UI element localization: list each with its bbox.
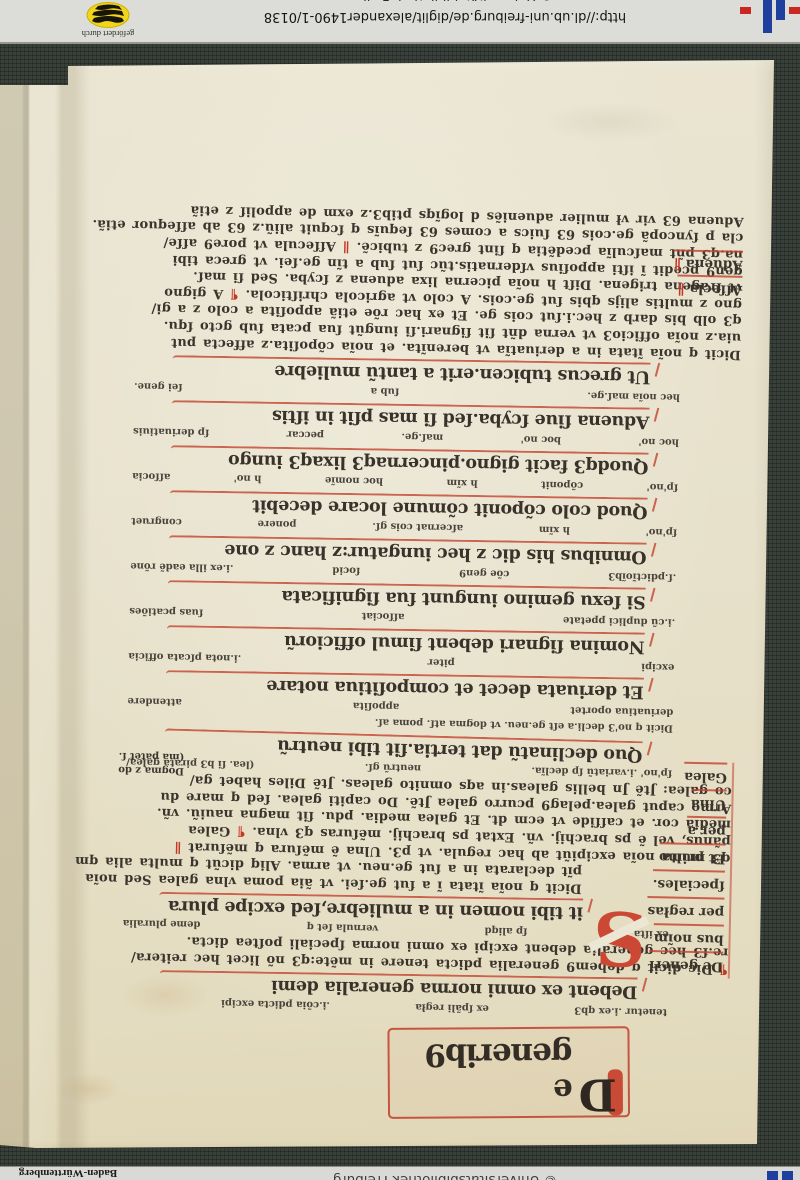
gloss-segment: ſuas pcatiões xyxy=(129,604,203,619)
gloss-segment: .i.cũ duplici ppetate xyxy=(563,613,676,628)
ministry-logo-icon xyxy=(725,0,800,42)
logo-blue-bar xyxy=(763,0,772,33)
gloss-segment: .i.cõia pdicta excipi xyxy=(221,996,330,1011)
gloss-segment: hec noĩa maſ.ge. xyxy=(587,388,680,403)
section-heading: D e generib9 xyxy=(387,1026,630,1119)
gloss-segment: ſp deriuatiuis xyxy=(133,424,209,439)
gloss-segment: cõe gen9 xyxy=(459,566,509,580)
logo-red-dash xyxy=(789,7,800,14)
gloss-segment: deriuatiua oportet xyxy=(570,703,673,718)
screenshot-root: © Universitätsbibliothek Freiburg http:/… xyxy=(0,0,800,1180)
gloss-segment: aſſociat xyxy=(362,609,405,623)
gloss-segment: ex ſpãli regła xyxy=(415,1000,489,1015)
margin-note-line: (ma patet ſ. xyxy=(119,749,185,764)
gloss-segment: ſp'no' xyxy=(646,525,678,539)
margin-note-line: per a xyxy=(687,816,726,844)
logo-blue-square xyxy=(782,1171,793,1180)
gloss-segment: h no' xyxy=(234,471,262,485)
margin-note-line: per regłas xyxy=(647,896,724,925)
margin-note-words: Aſſecla ∥Aduena ∥ xyxy=(652,249,743,301)
gloss-segment: attendere xyxy=(127,694,182,708)
gloss-segment: ſub a xyxy=(371,384,400,398)
gloss-segment: deme pluralia xyxy=(123,916,201,931)
margin-note-line: Ulna xyxy=(691,789,727,817)
margin-note-line: Aduena ∥ xyxy=(674,249,743,275)
watermark-band-bottom: Baden-Württemberg © Universitätsbiblioth… xyxy=(0,1166,800,1180)
margin-gloss-dogma: Dogma z do(ma patet ſ. xyxy=(100,748,185,777)
logo-red-dash xyxy=(740,7,751,14)
region-label: Baden-Württemberg xyxy=(6,1167,130,1179)
margin-note-line: Aſſecla ∥ xyxy=(677,274,742,300)
manuscript-text-block: D e generib9 S tenetur .i.ex qb3ex ſpãli… xyxy=(79,229,745,1124)
margin-note-line: ſpeciales. xyxy=(653,869,726,898)
margin-note-line: Dogma z do xyxy=(118,762,184,777)
lombardic-initial: S xyxy=(588,896,648,975)
gloss-segment: ſei gene. xyxy=(134,379,183,393)
funding-label: gefördert durch xyxy=(70,29,146,39)
margin-note-line: Et primo xyxy=(659,842,726,870)
gloss-segment: vernula ſet q xyxy=(307,920,379,934)
gloss-segment: cõponit xyxy=(541,477,583,491)
margin-note-line: Galea xyxy=(684,762,727,790)
gloss-segment: .i.ex illa eadẽ rõne xyxy=(130,559,233,574)
margin-note-line: De generi xyxy=(649,950,723,979)
baden-wuerttemberg-coat-of-arms-icon xyxy=(86,2,130,28)
gloss-segment: appoſita xyxy=(353,698,400,712)
gloss-segment: congruet xyxy=(131,514,182,528)
copyright-line: © Universitätsbibliothek Freiburg xyxy=(270,0,620,2)
gloss-segment: neutrũ gſ. xyxy=(365,760,422,774)
margin-note-line: bus noĩm xyxy=(654,923,724,951)
gloss-segment: ſp aliqd xyxy=(484,923,527,937)
gloss-segment: hoc nomĩe xyxy=(325,473,383,487)
gloss-segment: peccar xyxy=(287,427,325,441)
gloss-segment: tenetur .i.ex qb3 xyxy=(574,1003,667,1018)
gloss-segment: hoc no' xyxy=(638,434,679,448)
gloss-segment: h xĩm xyxy=(446,475,477,489)
gloss-segment: piter xyxy=(428,655,455,669)
gloss-segment: h xĩm xyxy=(539,522,570,536)
copyright-line: © Universitätsbibliothek Freiburg xyxy=(270,1172,620,1180)
gloss-segment: maſ.ge. xyxy=(401,429,443,443)
gloss-segment: boc no' xyxy=(521,432,561,446)
gloss-segment: .ſ.pdictĩoĩb3 xyxy=(608,569,676,583)
logo-blue-bar xyxy=(776,0,785,20)
heading-initial: D xyxy=(573,1074,622,1112)
logo-blue-square xyxy=(767,1171,778,1180)
gloss-segment: ſp'no' xyxy=(647,480,679,494)
heading-text: e generib9 xyxy=(397,1036,572,1109)
gloss-segment: aſcernat cois gſ. xyxy=(372,519,463,534)
gloss-segment: ſocid xyxy=(332,563,360,577)
gloss-segment: aſſocia xyxy=(132,469,170,483)
margin-note-rules: De generibus noĩmper regłasſpeciales.Et … xyxy=(633,761,735,979)
gloss-segment: ponere xyxy=(257,516,296,530)
scan-photo: D e generib9 S tenetur .i.ex qb3ex ſpãli… xyxy=(0,42,800,1167)
source-url: http://dl.ub.uni-freiburg.de/diglit/alex… xyxy=(250,9,640,24)
gloss-segment: excipi xyxy=(641,659,674,673)
watermark-band-top: © Universitätsbibliothek Freiburg http:/… xyxy=(0,0,800,44)
